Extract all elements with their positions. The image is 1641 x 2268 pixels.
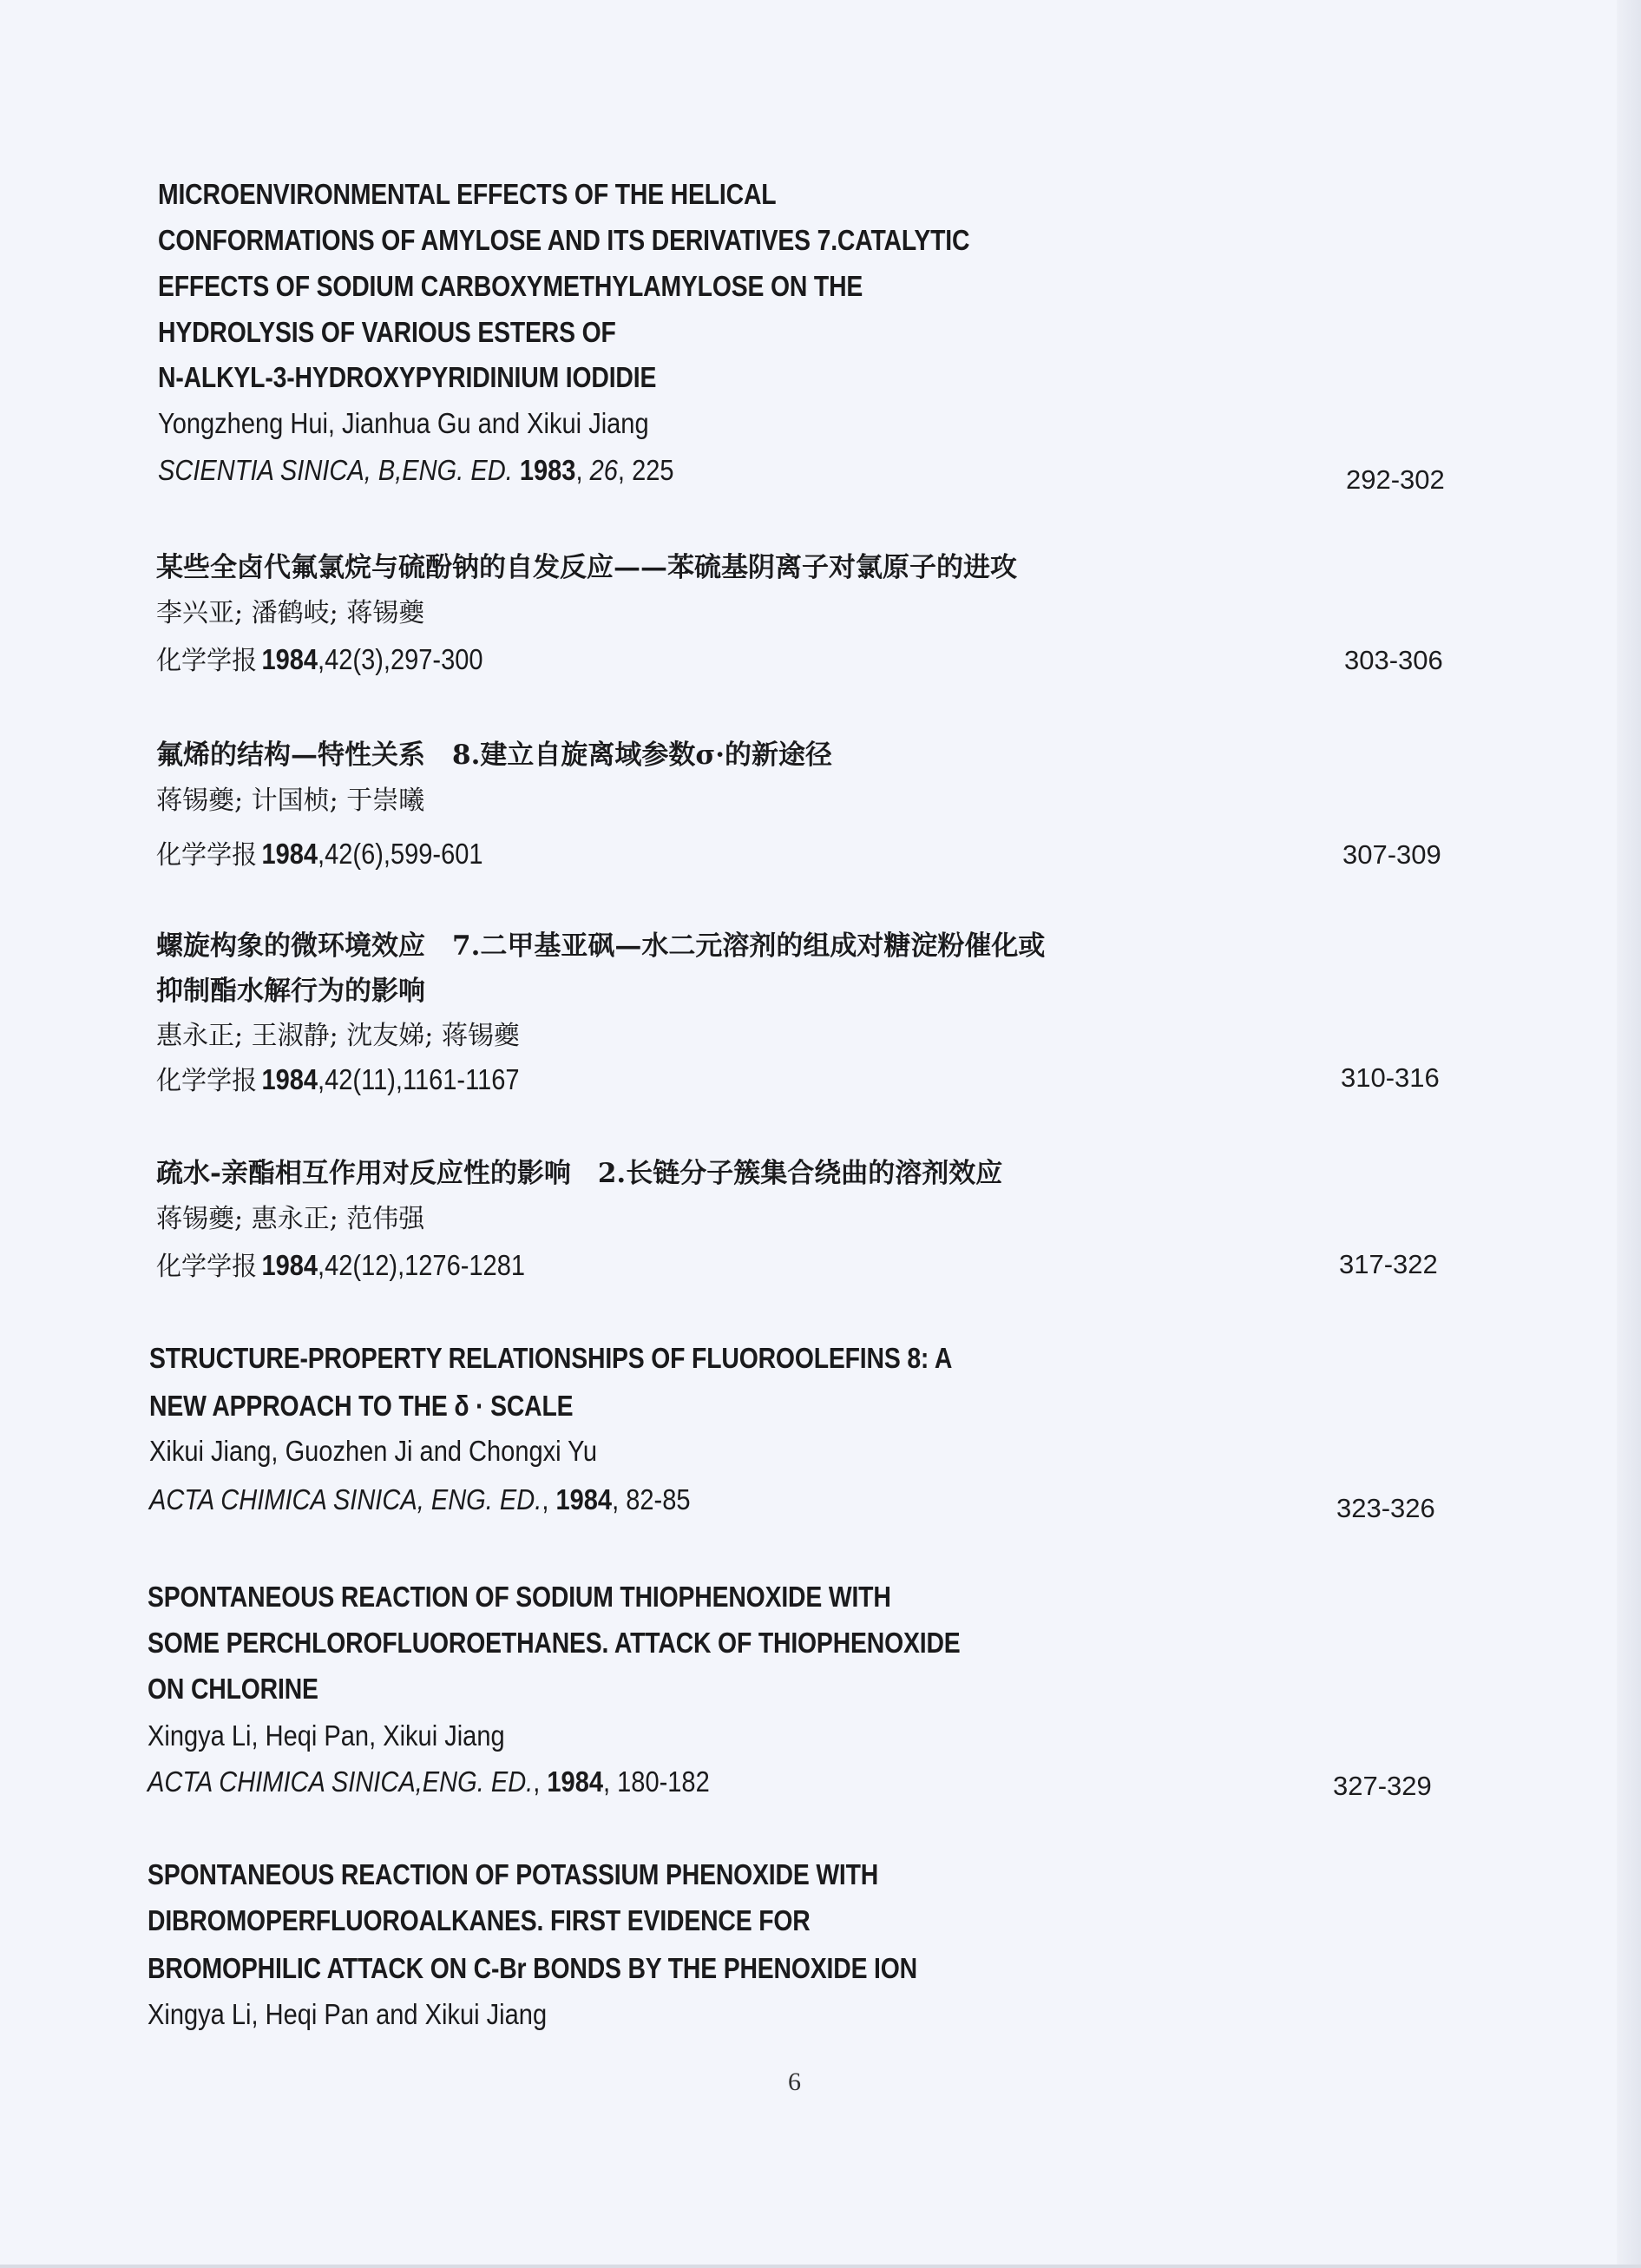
page-edge-shadow — [1617, 0, 1641, 2268]
toc-page-range: 310-316 — [1341, 1061, 1440, 1095]
journal-name: 化学学报 — [156, 1064, 257, 1099]
entry-title-line: HYDROLYSIS OF VARIOUS ESTERS OF — [158, 315, 616, 350]
entry-authors: Xingya Li, Heqi Pan, Xikui Jiang — [148, 1719, 505, 1753]
journal-name: 化学学报 — [156, 838, 257, 873]
citation-year: 1984 — [261, 643, 318, 675]
entry-title-line: MICROENVIRONMENTAL EFFECTS OF THE HELICA… — [158, 177, 776, 212]
toc-page-range: 323-326 — [1336, 1491, 1435, 1526]
entry-title-line: ON CHLORINE — [148, 1672, 318, 1706]
entry-title-line: STRUCTURE-PROPERTY RELATIONSHIPS OF FLUO… — [149, 1341, 952, 1376]
entry-title-line: EFFECTS OF SODIUM CARBOXYMETHYLAMYLOSE O… — [158, 269, 863, 304]
entry-title-line: SPONTANEOUS REACTION OF POTASSIUM PHENOX… — [148, 1857, 878, 1892]
page-bottom-edge — [0, 2265, 1641, 2268]
entry-authors: 蒋锡夔; 惠永正; 范伟强 — [156, 1202, 424, 1237]
entry-title-line: SPONTANEOUS REACTION OF SODIUM THIOPHENO… — [148, 1580, 891, 1614]
entry-authors: 李兴亚; 潘鹤岐; 蒋锡夔 — [156, 596, 424, 631]
citation-year: 1983 — [520, 454, 576, 486]
toc-page-range: 303-306 — [1344, 643, 1443, 678]
journal-name: ACTA CHIMICA SINICA, ENG. ED. — [149, 1483, 542, 1515]
toc-page-range: 292-302 — [1346, 463, 1445, 497]
entry-citation: 化学学报1984,42(12),1276-1281 — [156, 1248, 525, 1285]
entry-authors: Xingya Li, Heqi Pan and Xikui Jiang — [148, 1997, 547, 2032]
entry-authors: 惠永正; 王淑静; 沈友娣; 蒋锡夔 — [156, 1019, 520, 1054]
citation-year: 1984 — [555, 1483, 612, 1515]
citation-volume: 26 — [590, 454, 618, 486]
entry-citation: 化学学报1984,42(6),599-601 — [156, 837, 483, 873]
entry-citation: 化学学报1984,42(3),297-300 — [156, 642, 483, 679]
entry-title-line: 螺旋构象的微环境效应 7.二甲基亚砜—水二元溶剂的组成对糖淀粉催化或 — [156, 929, 1045, 963]
entry-title-line: N-ALKYL-3-HYDROXYPYRIDINIUM IODIDIE — [158, 360, 656, 395]
entry-authors: 蒋锡夔; 计国桢; 于崇曦 — [156, 784, 424, 818]
citation-issue-pages: ,42(3),297-300 — [318, 643, 483, 675]
citation-pages: 180-182 — [617, 1765, 710, 1798]
entry-title-line: 抑制酯水解行为的影响 — [156, 974, 425, 1009]
toc-page-range: 327-329 — [1333, 1769, 1432, 1804]
toc-page-range: 307-309 — [1342, 838, 1441, 872]
entry-title-line: SOME PERCHLOROFLUOROETHANES. ATTACK OF T… — [148, 1626, 961, 1660]
citation-pages: 225 — [632, 454, 673, 486]
entry-authors: Xikui Jiang, Guozhen Ji and Chongxi Yu — [149, 1434, 597, 1469]
journal-name: 化学学报 — [156, 644, 257, 679]
citation-year: 1984 — [261, 838, 318, 870]
citation-issue-pages: ,42(6),599-601 — [318, 838, 483, 870]
journal-name: SCIENTIA SINICA, B,ENG. ED. — [158, 454, 513, 486]
entry-title-line: 某些全卤代氟氯烷与硫酚钠的自发反应——苯硫基阴离子对氯原子的进攻 — [156, 550, 1017, 585]
entry-title-line: 氟烯的结构—特性关系 8.建立自旋离域参数σ·的新途径 — [156, 738, 832, 772]
citation-issue-pages: ,42(11),1161-1167 — [318, 1063, 519, 1095]
citation-issue-pages: ,42(12),1276-1281 — [318, 1249, 525, 1281]
citation-year: 1984 — [261, 1063, 318, 1095]
citation-year: 1984 — [261, 1249, 318, 1281]
entry-title-line: 疏水-亲酯相互作用对反应性的影响 2.长链分子簇集合绕曲的溶剂效应 — [156, 1156, 1002, 1191]
entry-title-line: DIBROMOPERFLUOROALKANES. FIRST EVIDENCE … — [148, 1903, 811, 1938]
citation-year: 1984 — [547, 1765, 603, 1798]
entry-title-line: CONFORMATIONS OF AMYLOSE AND ITS DERIVAT… — [158, 223, 969, 258]
entry-citation: ACTA CHIMICA SINICA,ENG. ED., 1984, 180-… — [148, 1765, 710, 1799]
toc-page-range: 317-322 — [1339, 1247, 1438, 1282]
entry-citation: 化学学报1984,42(11),1161-1167 — [156, 1062, 520, 1099]
entry-title-line: NEW APPROACH TO THE δ · SCALE — [149, 1389, 573, 1423]
journal-name: 化学学报 — [156, 1250, 257, 1285]
citation-pages: 82-85 — [626, 1483, 690, 1515]
entry-authors: Yongzheng Hui, Jianhua Gu and Xikui Jian… — [158, 406, 649, 441]
entry-citation: SCIENTIA SINICA, B,ENG. ED. 1983, 26, 22… — [158, 453, 674, 488]
page-number: 6 — [788, 2067, 801, 2097]
entry-title-line: BROMOPHILIC ATTACK ON C-Br BONDS BY THE … — [148, 1951, 917, 1986]
journal-name: ACTA CHIMICA SINICA,ENG. ED. — [148, 1765, 533, 1798]
entry-citation: ACTA CHIMICA SINICA, ENG. ED., 1984, 82-… — [149, 1482, 690, 1517]
